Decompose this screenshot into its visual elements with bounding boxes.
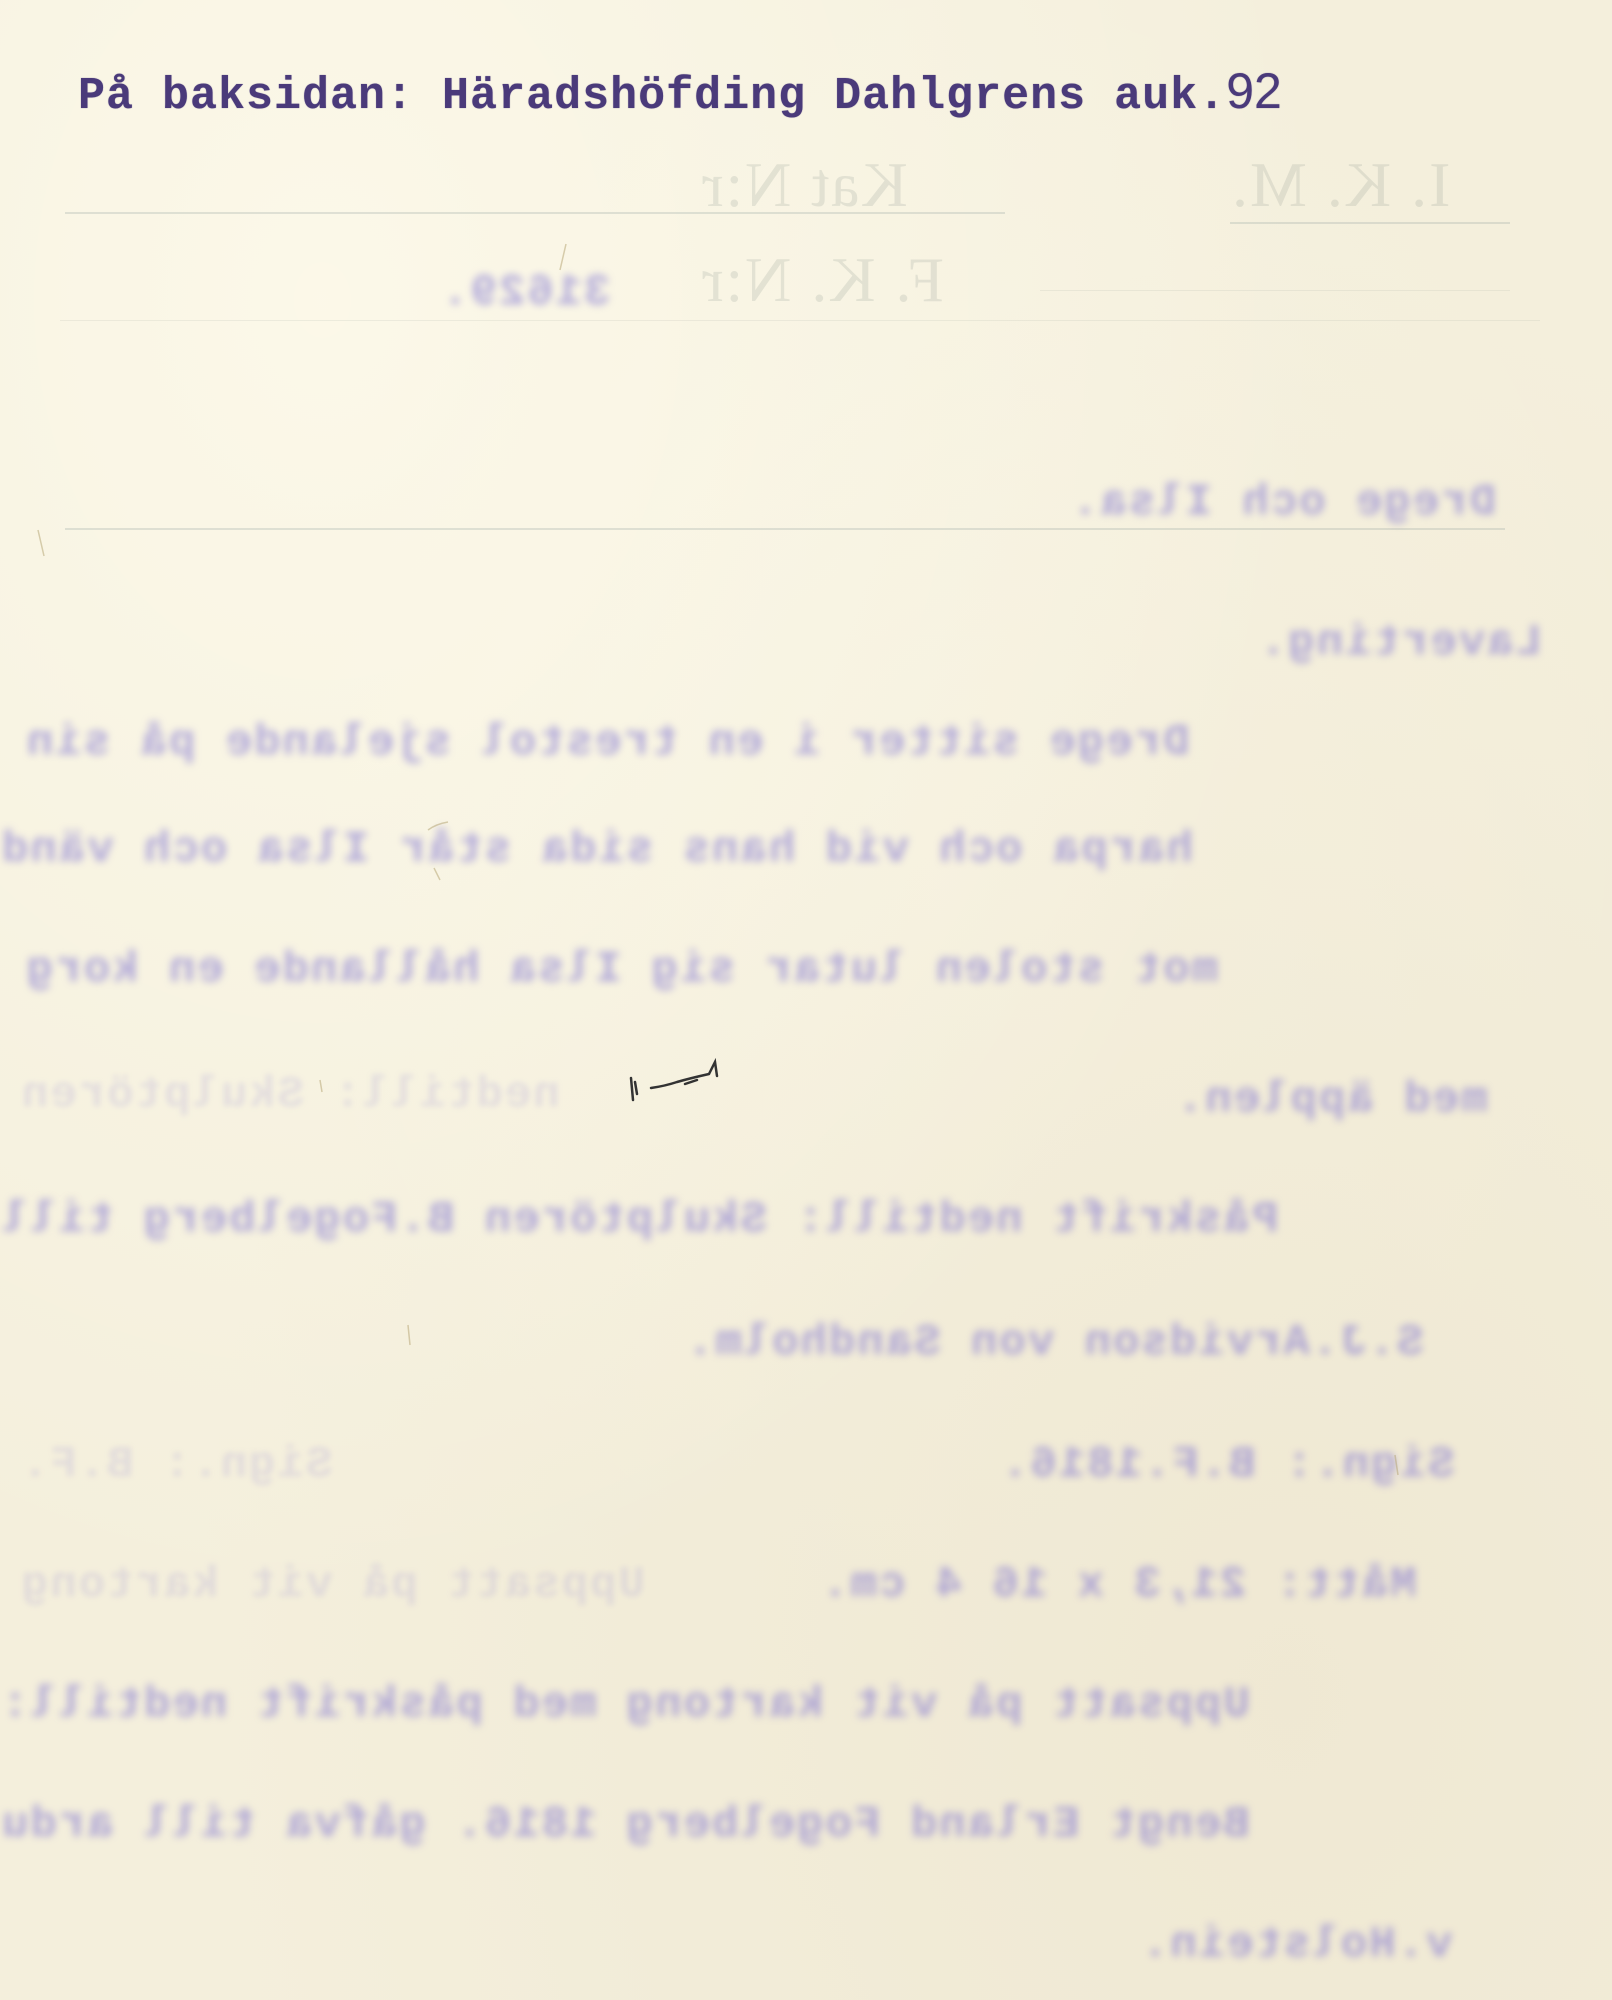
bleed-line: Mått: 21,3 x 16 4 cm. <box>820 1560 1417 1610</box>
bleed-line: med äpplen. <box>1175 1075 1487 1125</box>
form-rule-top <box>65 212 1005 214</box>
bleed-line: S.J.Arvidson von Sandholm. <box>685 1318 1424 1368</box>
bleed-line: v.Holstein. <box>1140 1920 1452 1970</box>
bleed-line: Uppsatt på vit kartong med påskrift nedt… <box>0 1680 1250 1730</box>
bleed-faint-line: Sign.: B.F. <box>20 1440 332 1490</box>
typed-note: På baksidan: Häradshöfding Dahlgrens auk… <box>78 62 1282 122</box>
typed-note-label: På baksidan: Häradshöfding Dahlgrens auk… <box>78 71 1226 122</box>
form-label-kat-nr: Kat N:r <box>700 148 908 222</box>
form-rule-faint <box>60 320 1540 321</box>
bleed-line: Sign.: B.F.1816. <box>1000 1440 1454 1490</box>
bleed-faint-line: nedtill: Skulptören <box>20 1070 560 1120</box>
bleed-line: Laverting. <box>1258 618 1542 668</box>
form-rule-title <box>65 528 1505 530</box>
bleed-line: Drege sitter i en trestol sjelande på si… <box>25 718 1190 768</box>
form-rule-faint <box>1040 290 1510 291</box>
bleed-catalogue-number: 31629. <box>440 268 610 318</box>
bleed-line: Drege och Ilsa. <box>1070 478 1496 528</box>
bleed-line: mot stolen lutar sig Ilsa hållande en ko… <box>25 945 1218 995</box>
bleed-line: harpa och vid hans sida står Ilsa och vä… <box>0 825 1193 875</box>
document-page: { "document": { "typed_note": { "label":… <box>0 0 1612 2000</box>
form-rule-ikm <box>1230 222 1510 224</box>
ink-smudge-icon <box>625 1048 765 1108</box>
form-label-ikm: I. K. M. <box>1230 148 1450 222</box>
bleed-faint-line: Uppsatt på vit kartong <box>20 1560 645 1610</box>
form-label-fk-nr: F. K. N:r <box>700 243 944 317</box>
bleed-line: Bengt Erland Fogelberg 1816. gåfva till … <box>0 1800 1250 1850</box>
bleed-line: Påskrift nedtill: Skulptören B.Fogelberg… <box>0 1195 1278 1245</box>
typed-note-number: 92 <box>1226 63 1282 119</box>
